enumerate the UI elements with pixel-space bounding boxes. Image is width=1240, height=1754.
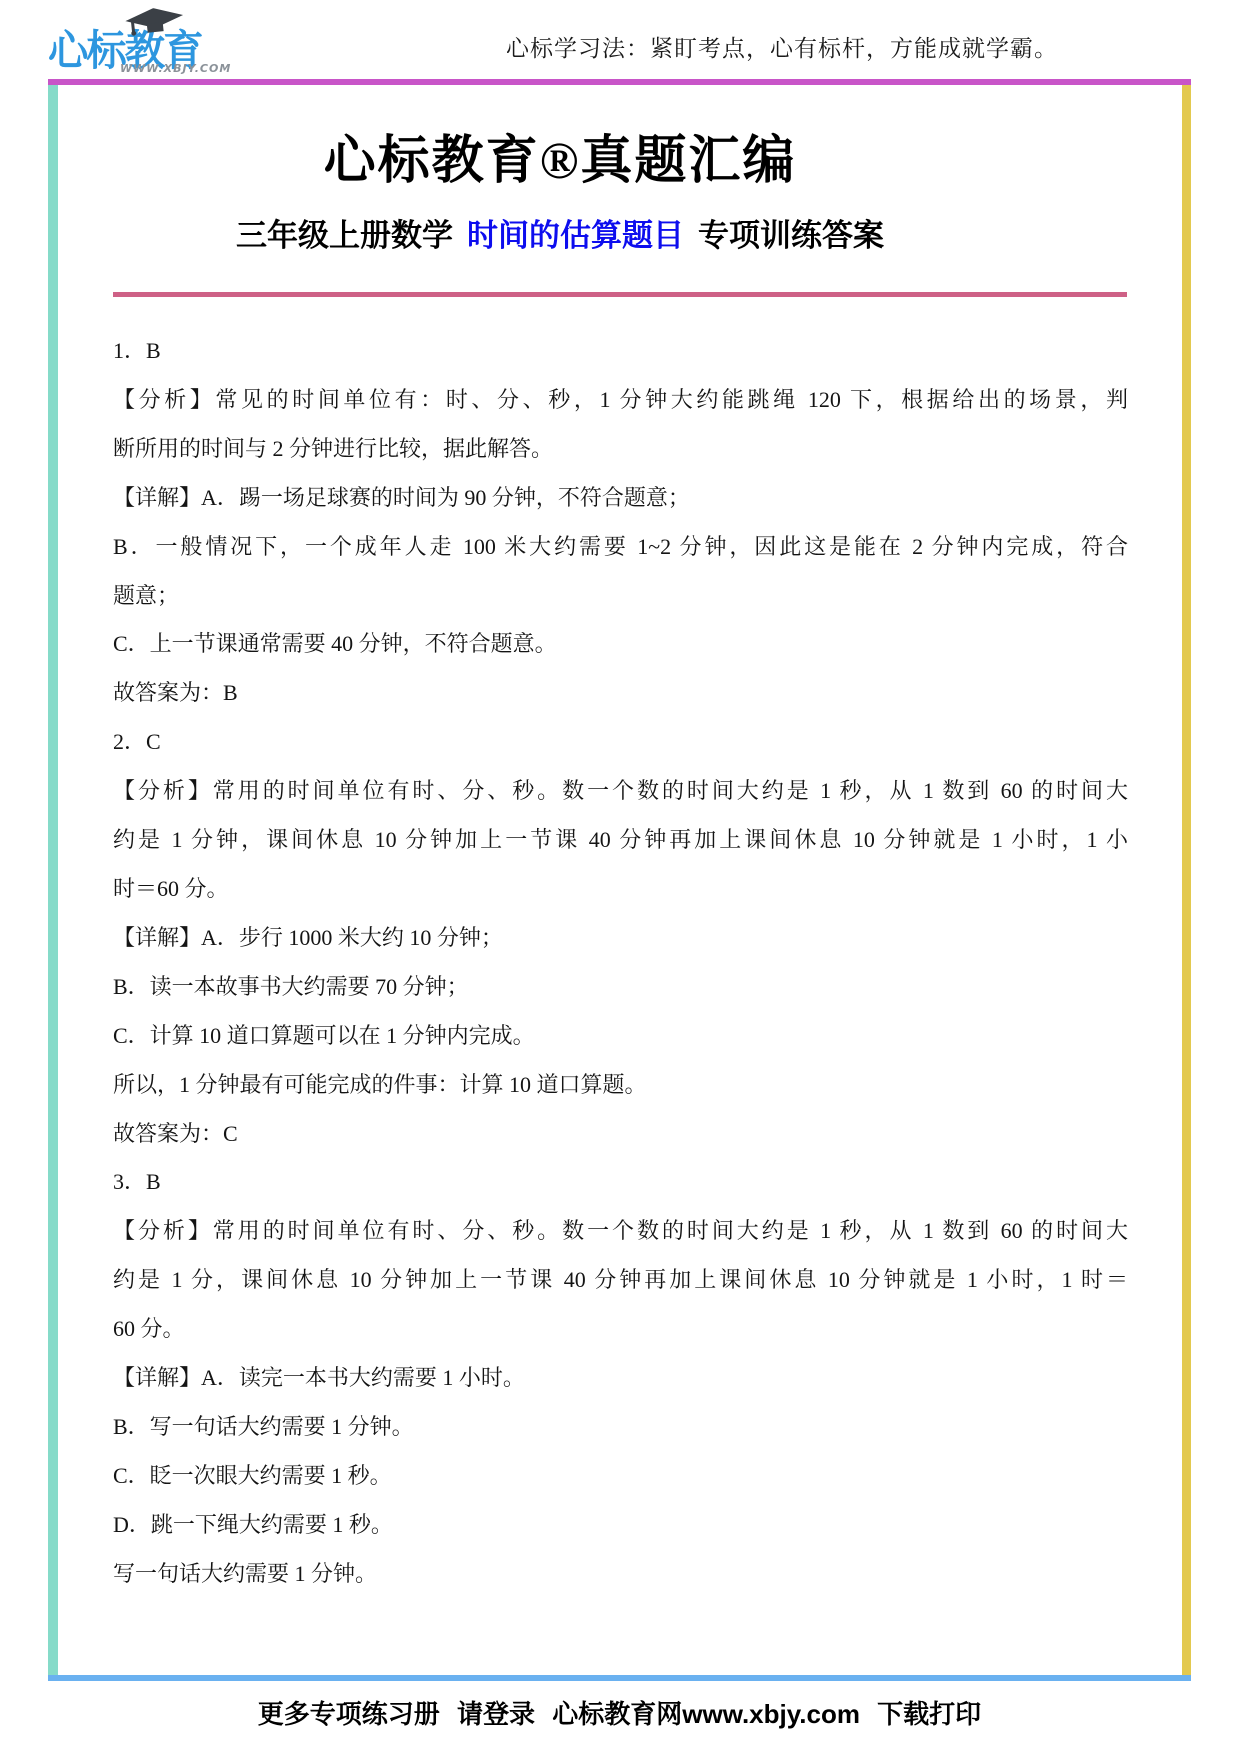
frame-bottom-line	[48, 1675, 1191, 1681]
body-line: 故答案为：C	[113, 1110, 1128, 1159]
page-subtitle: 三年级上册数学时间的估算题目专项训练答案	[0, 210, 1120, 255]
body-line: C．上一节课通常需要 40 分钟，不符合题意。	[113, 620, 1128, 669]
footer-text: 更多专项练习册 请登录 心标教育网www.xbjy.com 下载打印	[48, 1694, 1191, 1731]
body-line: 1．B	[113, 327, 1128, 376]
subtitle-highlight: 时间的估算题目	[467, 218, 684, 253]
subtitle-prefix: 三年级上册数学	[236, 218, 453, 253]
body-line: B．写一句话大约需要 1 分钟。	[113, 1403, 1128, 1452]
subtitle-suffix: 专项训练答案	[698, 218, 884, 253]
body-line: 写一句话大约需要 1 分钟。	[113, 1550, 1128, 1599]
body-line: 3．B	[113, 1158, 1128, 1207]
answer-body: 1．B 【分析】常见的时间单位有：时、分、秒，1 分钟大约能跳绳 120 下，根…	[113, 327, 1128, 1599]
body-line: 【分析】常用的时间单位有时、分、秒。数一个数的时间大约是 1 秒，从 1 数到 …	[113, 767, 1128, 816]
header-slogan: 心标学习法：紧盯考点，心有标杆，方能成就学霸。	[506, 30, 1058, 63]
body-line: 故答案为：B	[113, 669, 1128, 718]
body-line: 【详解】A．读完一本书大约需要 1 小时。	[113, 1354, 1128, 1403]
body-line: 约是 1 分，课间休息 10 分钟加上一节课 40 分钟再加上课间休息 10 分…	[113, 1256, 1128, 1305]
page-title: 心标教育®真题汇编	[0, 118, 1120, 193]
body-line: 断所用的时间与 2 分钟进行比较，据此解答。	[113, 425, 1128, 474]
title-rule	[113, 292, 1127, 297]
body-line: B．一般情况下，一个成年人走 100 米大约需要 1~2 分钟，因此这是能在 2…	[113, 523, 1128, 572]
logo: 心标教育 WWW.XBJY.COM	[48, 10, 248, 80]
body-line: 时＝60 分。	[113, 865, 1128, 914]
body-line: 2．C	[113, 718, 1128, 767]
body-line: 题意；	[113, 572, 1128, 621]
graduation-cap-icon	[124, 5, 185, 46]
logo-url: WWW.XBJY.COM	[120, 62, 231, 75]
worksheet-page: 心标教育 WWW.XBJY.COM 心标学习法：紧盯考点，心有标杆，方能成就学霸…	[0, 0, 1240, 1754]
body-line: C．眨一次眼大约需要 1 秒。	[113, 1452, 1128, 1501]
body-line: 约是 1 分钟，课间休息 10 分钟加上一节课 40 分钟再加上课间休息 10 …	[113, 816, 1128, 865]
frame-left-line	[48, 85, 58, 1675]
body-line: D．跳一下绳大约需要 1 秒。	[113, 1501, 1128, 1550]
body-line: 60 分。	[113, 1305, 1128, 1354]
body-line: 【分析】常见的时间单位有：时、分、秒，1 分钟大约能跳绳 120 下，根据给出的…	[113, 376, 1128, 425]
body-line: 【详解】A．步行 1000 米大约 10 分钟；	[113, 914, 1128, 963]
body-line: 所以，1 分钟最有可能完成的件事：计算 10 道口算题。	[113, 1061, 1128, 1110]
body-line: B．读一本故事书大约需要 70 分钟；	[113, 963, 1128, 1012]
body-line: 【分析】常用的时间单位有时、分、秒。数一个数的时间大约是 1 秒，从 1 数到 …	[113, 1207, 1128, 1256]
body-line: C．计算 10 道口算题可以在 1 分钟内完成。	[113, 1012, 1128, 1061]
frame-right-line	[1182, 85, 1191, 1675]
frame-top-line	[48, 79, 1191, 85]
body-line: 【详解】A．踢一场足球赛的时间为 90 分钟，不符合题意；	[113, 474, 1128, 523]
